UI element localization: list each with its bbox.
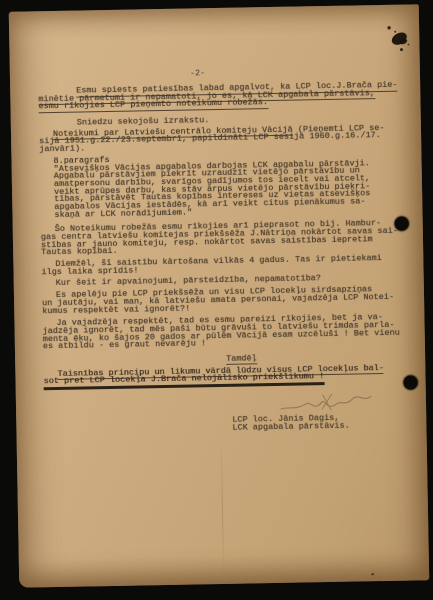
paragraph-noteikumi: Noteikumi par Latviešu centrālo komiteju… [39, 124, 411, 154]
scanned-document-photo: { "colors":{"paper":"#cbaa7e","ink":"#48… [0, 0, 433, 600]
underlined-text: Tamdēļ [226, 353, 257, 365]
document-page: -2- Esmu spiests patiesības labad apgalv… [9, 4, 429, 587]
paper-speck [371, 573, 374, 575]
underlined-text: esmu rīkojies LCP pieņemto noteikumu rob… [38, 97, 268, 113]
paragraph-appeal: Taisnības principu un likumu vārdā lūdzu… [43, 364, 415, 386]
pencil-signature [279, 389, 379, 417]
paragraph-so-noteikumu: Šo Noteikumu robežās esmu rīkojies arī p… [41, 220, 414, 258]
paragraph-ja-vajadzeja: Ja vajadzēja respektēt, tad es esmu pare… [42, 314, 415, 352]
paragraph-diemzel: Diemžēl, šī saistību kārtošana vilkās 4 … [41, 254, 413, 276]
document-text: Esmu spiests patiesības labad apgalvot, … [38, 81, 416, 435]
ink-blot [381, 16, 416, 57]
page-number: -2- [190, 68, 205, 78]
signature-block: LCP loc. Jānis Dagis, LCK apgabala pārst… [44, 413, 416, 435]
blockquote: "Atsevišķos Vācijas apgabalos darbojas L… [54, 159, 413, 219]
signature-line: LCK apgabala pārstāvis. [232, 421, 416, 432]
paragraph-intro: Esmu spiests patiesības labad apgalvot, … [38, 81, 410, 111]
paragraph-apeleju: Es apelēju pie LCP priekšsēža un visu LC… [42, 286, 414, 316]
